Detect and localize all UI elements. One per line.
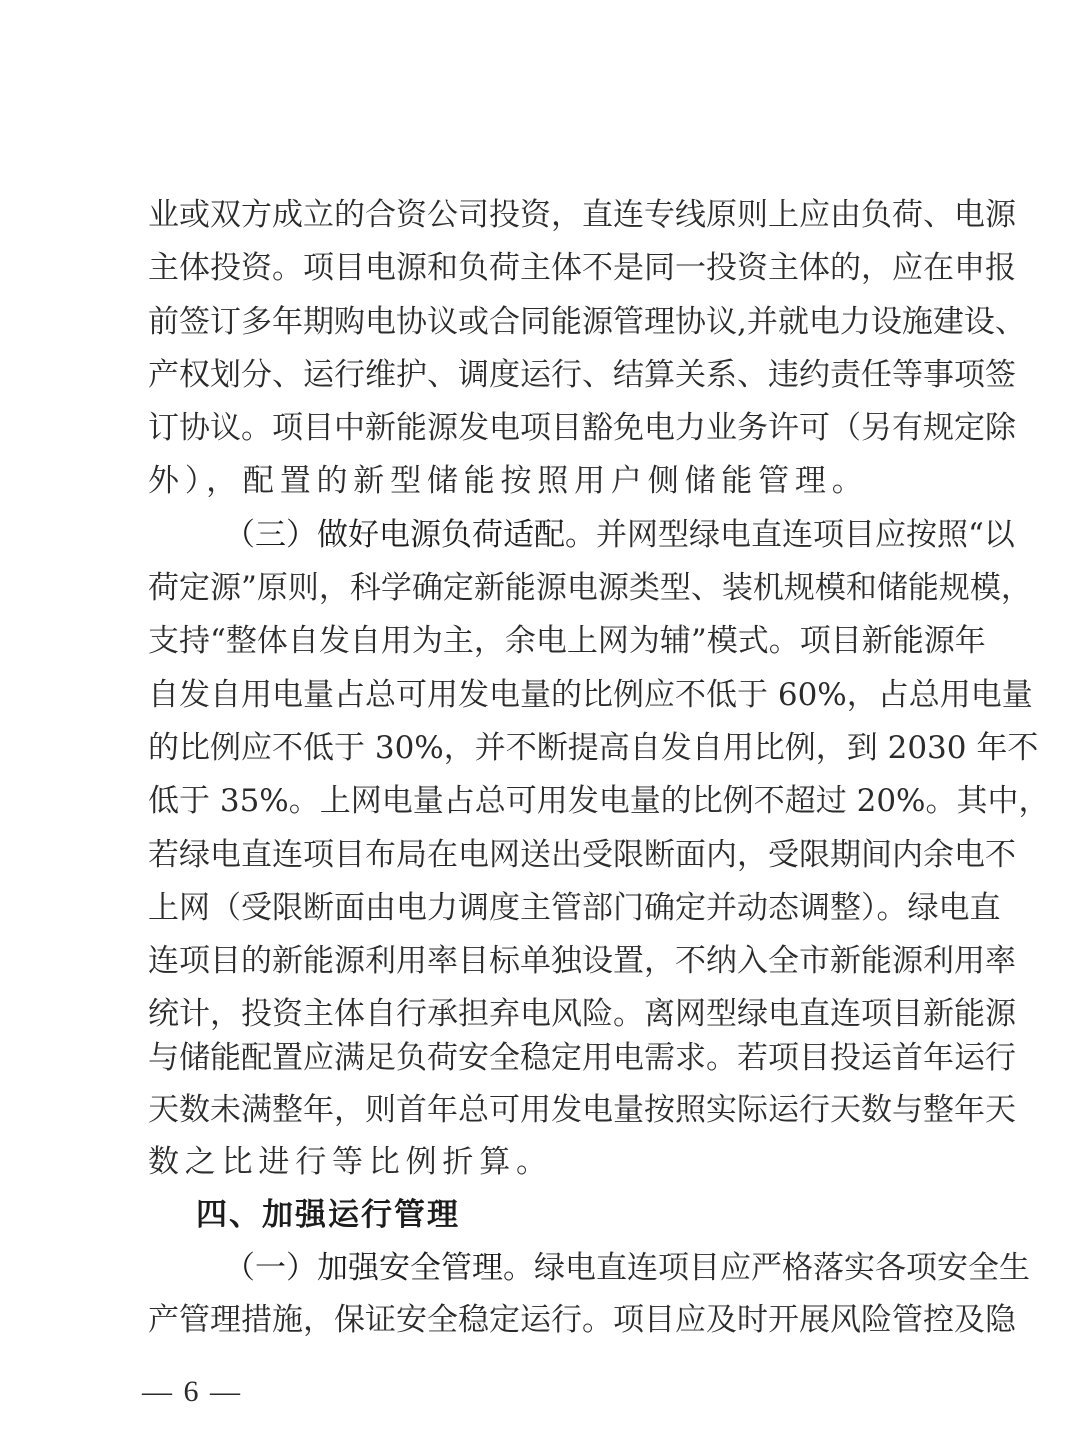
body-line: 自发自用电量占总可用发电量的比例应不低于 60%，占总用电量 <box>148 675 948 715</box>
page-number: — 6 — <box>142 1374 242 1410</box>
section-4-1-first-line: （一）加强安全管理。绿电直连项目应严格落实各项安全生 <box>224 1248 948 1288</box>
body-line: 前签订多年期购电协议或合同能源管理协议,并就电力设施建设、 <box>148 302 948 342</box>
body-line: 低于 35%。上网电量占总可用发电量的比例不超过 20%。其中， <box>148 781 948 821</box>
section-3-first-line-text: 并网型绿电直连项目应按照“以 <box>596 517 1015 553</box>
body-line: 天数未满整年，则首年总可用发电量按照实际运行天数与整年天 <box>148 1090 948 1130</box>
body-line: 主体投资。项目电源和负荷主体不是同一投资主体的，应在申报 <box>148 248 948 288</box>
body-line: 上网（受限断面由电力调度主管部门确定并动态调整）。绿电直 <box>148 888 948 928</box>
body-line: 外），配置的新型储能按照用户侧储能管理。 <box>148 461 948 501</box>
body-line: 若绿电直连项目布局在电网送出受限断面内，受限期间内余电不 <box>148 835 948 875</box>
body-line: 数之比进行等比例折算。 <box>148 1142 948 1182</box>
section-4-1-lead: （一）加强安全管理。 <box>224 1250 534 1286</box>
body-line: 支持“整体自发自用为主，余电上网为辅”模式。项目新能源年 <box>148 621 948 661</box>
body-line: 产权划分、运行维护、调度运行、结算关系、违约责任等事项签 <box>148 355 948 395</box>
section-3-lead: （三）做好电源负荷适配。 <box>224 517 596 553</box>
body-line: 连项目的新能源利用率目标单独设置，不纳入全市新能源利用率 <box>148 941 948 981</box>
body-line: 订协议。项目中新能源发电项目豁免电力业务许可（另有规定除 <box>148 408 948 448</box>
section-4-1-first-line-text: 绿电直连项目应严格落实各项安全生 <box>534 1250 1030 1286</box>
body-line: 产管理措施，保证安全稳定运行。项目应及时开展风险管控及隐 <box>148 1300 948 1340</box>
body-line: 荷定源”原则，科学确定新能源电源类型、装机规模和储能规模， <box>148 568 948 608</box>
body-line: 的比例应不低于 30%，并不断提高自发自用比例，到 2030 年不 <box>148 728 948 768</box>
section-heading: 四、加强运行管理 <box>196 1195 460 1235</box>
body-line: 与储能配置应满足负荷安全稳定用电需求。若项目投运首年运行 <box>148 1038 948 1078</box>
body-line: 业或双方成立的合资公司投资，直连专线原则上应由负荷、电源 <box>148 195 948 235</box>
section-3-first-line: （三）做好电源负荷适配。并网型绿电直连项目应按照“以 <box>224 515 948 555</box>
document-page: 业或双方成立的合资公司投资，直连专线原则上应由负荷、电源 主体投资。项目电源和负… <box>0 0 1080 1455</box>
body-line: 统计，投资主体自行承担弃电风险。离网型绿电直连项目新能源 <box>148 994 948 1034</box>
